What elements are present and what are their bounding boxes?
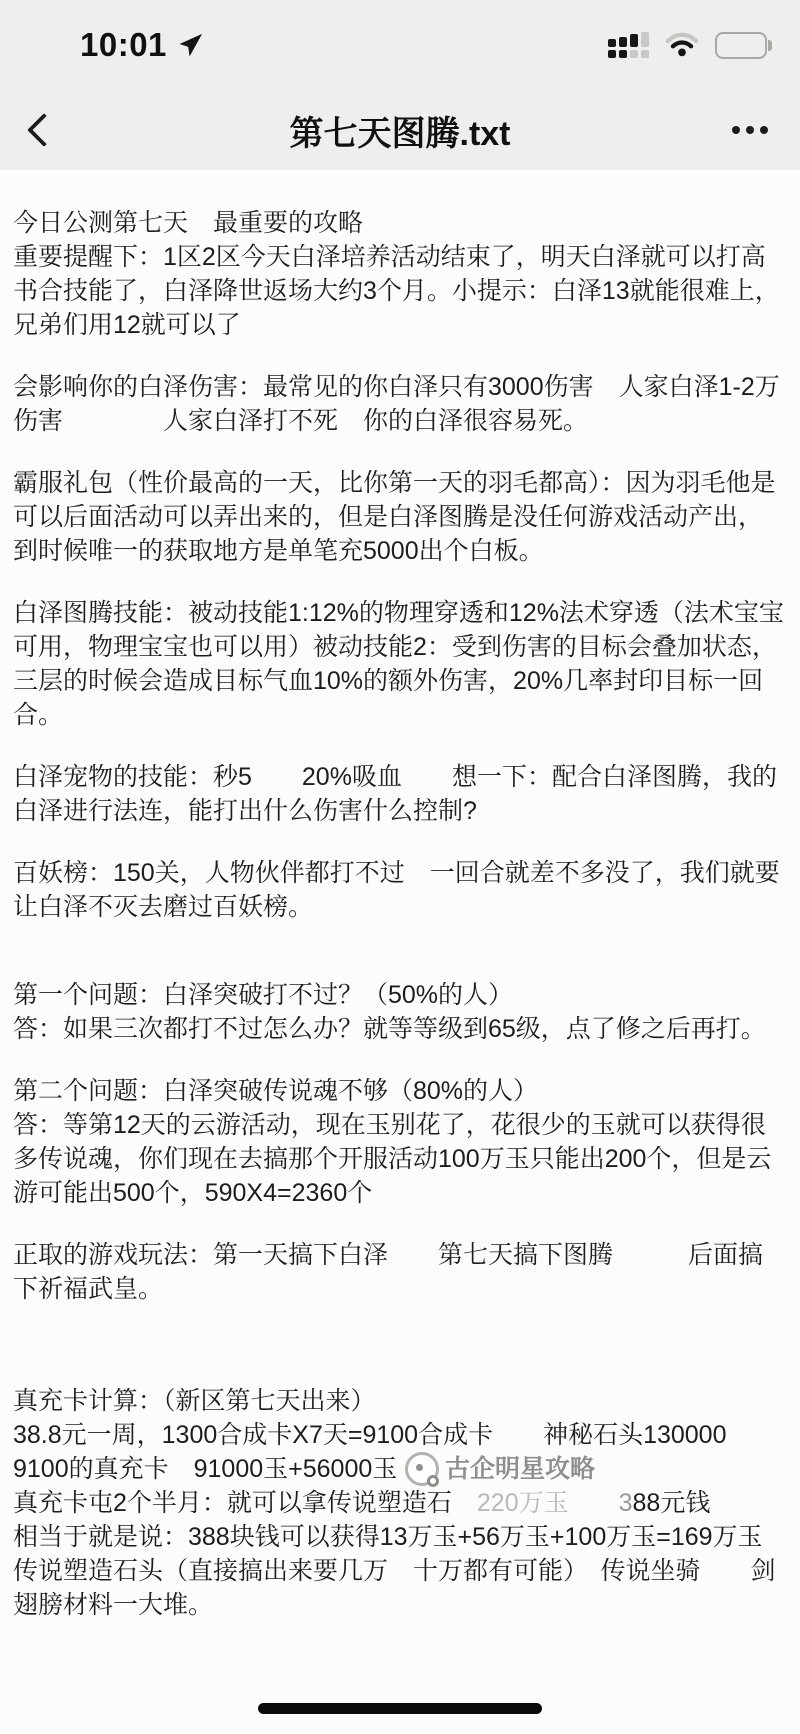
paragraph: 会影响你的白泽伤害：最常见的你白泽只有3000伤害 人家白泽1-2万伤害 人家白…: [13, 370, 787, 438]
paragraph: 答：如果三次都打不过怎么办？就等等级到65级，点了修之后再打。: [13, 1012, 787, 1046]
status-left: 10:01: [80, 26, 205, 64]
paragraph: 霸服礼包（性价最高的一天，比你第一天的羽毛都高）：因为羽毛他是可以后面活动可以弄…: [13, 466, 787, 568]
more-menu-button[interactable]: [728, 114, 772, 146]
paragraph: 重要提醒下：1区2区今天白泽培养活动结束了，明天白泽就可以打高书合技能了，白泽降…: [13, 240, 787, 342]
paragraph: 38.8元一周，1300合成卡X7天=9100合成卡 神秘石头130000: [13, 1418, 787, 1452]
nav-bar: 第七天图腾.txt: [0, 90, 800, 170]
text-file-content[interactable]: 今日公测第七天 最重要的攻略 重要提醒下：1区2区今天白泽培养活动结束了，明天白…: [0, 170, 800, 1622]
wifi-icon: [665, 32, 699, 58]
charge-line-faded: 220万玉: [452, 1489, 569, 1517]
charge-line-prefix: 真充卡屯2个半月：就可以拿传说塑造石: [13, 1489, 452, 1517]
paragraph: 正取的游戏玩法：第一天搞下白泽 第七天搞下图腾 后面搞下祈福武皇。: [13, 1238, 787, 1306]
paragraph: 第一个问题：白泽突破打不过？（50%的人）: [13, 978, 787, 1012]
status-bar: 10:01: [0, 0, 800, 90]
chevron-left-icon: [27, 113, 61, 147]
paragraph: 白泽宠物的技能：秒5 20%吸血 想一下：配合白泽图腾，我的白泽进行法连，能打出…: [13, 760, 787, 828]
signal-bars-sim1: [608, 32, 649, 47]
paragraph: 真充卡计算：（新区第七天出来）: [13, 1384, 787, 1418]
paragraph: 9100的真充卡 91000玉+56000玉: [13, 1452, 787, 1486]
paragraph: 百妖榜：150关，人物伙伴都打不过 一回合就差不多没了，我们就要让白泽不灭去磨过…: [13, 856, 787, 924]
cellular-signal-icon: [608, 32, 649, 58]
status-right: [608, 32, 773, 59]
paragraph: 相当于就是说：388块钱可以获得13万玉+56万玉+100万玉=169万玉: [13, 1520, 787, 1554]
paragraph: 白泽图腾技能：被动技能1:12%的物理穿透和12%法术穿透（法术宝宝可用，物理宝…: [13, 596, 787, 732]
paragraph: 今日公测第七天 最重要的攻略: [13, 206, 787, 240]
home-indicator[interactable]: [258, 1703, 542, 1714]
paragraph: 第二个问题：白泽突破传说魂不够（80%的人）: [13, 1074, 787, 1108]
phone-screen: 10:01: [0, 0, 800, 1734]
signal-bars-sim2: [608, 50, 649, 58]
battery-icon: [715, 32, 773, 59]
paragraph-with-watermark: 真充卡屯2个半月：就可以拿传说塑造石 220万玉 388元钱 古企明星攻略: [13, 1486, 787, 1520]
charge-line-rest: 88元钱: [633, 1489, 711, 1517]
paragraph: 传说塑造石头（直接搞出来要几万 十万都有可能） 传说坐骑 剑翅膀材料一大堆。: [13, 1554, 787, 1622]
location-arrow-icon: [177, 31, 205, 59]
ellipsis-icon: [732, 126, 740, 134]
clock: 10:01: [80, 26, 167, 64]
back-button[interactable]: [26, 108, 66, 152]
charge-line-semifaded: 3: [569, 1489, 633, 1517]
page-title: 第七天图腾.txt: [290, 106, 511, 155]
paragraph: 答：等第12天的云游活动，现在玉别花了，花很少的玉就可以获得很多传说魂，你们现在…: [13, 1108, 787, 1210]
